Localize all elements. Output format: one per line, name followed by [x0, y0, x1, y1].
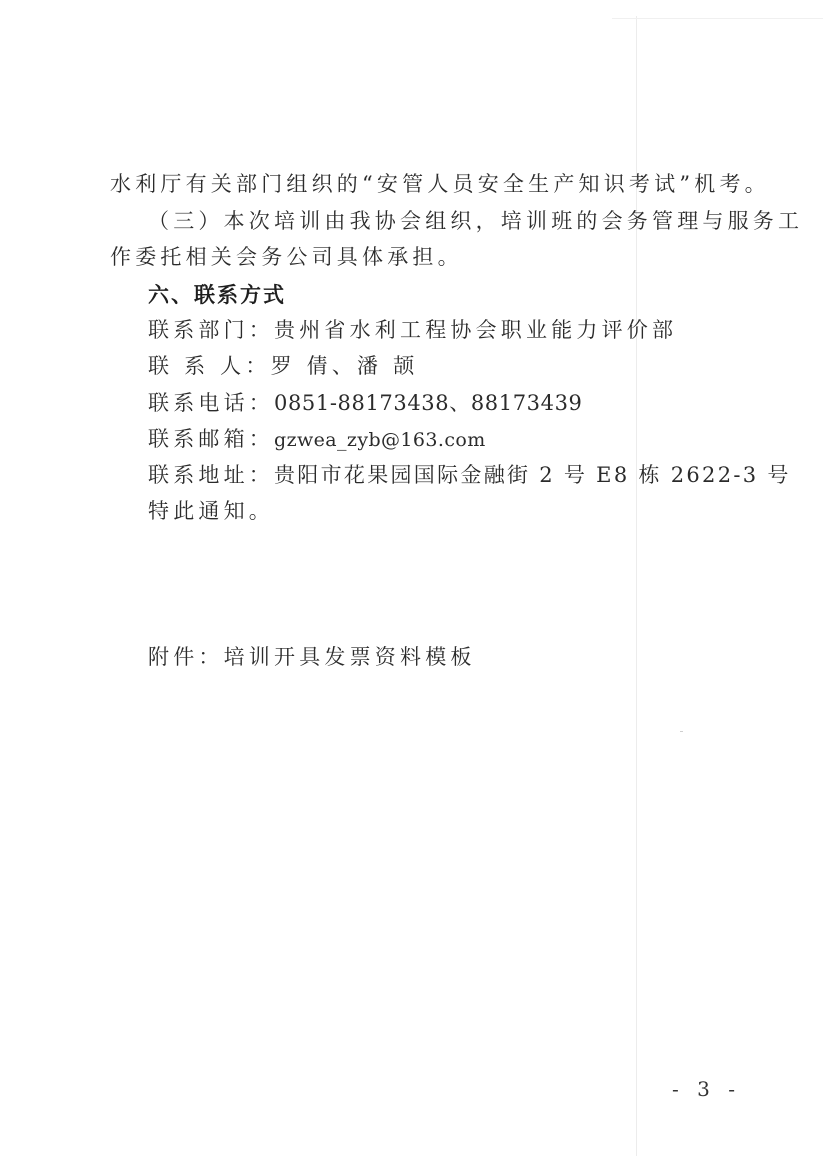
contact-person-label: 联 系 人：	[148, 354, 271, 378]
contact-person: 联 系 人：罗 倩、潘 颉	[148, 352, 418, 380]
attachment-line: 附件：培训开具发票资料模板	[148, 643, 476, 671]
scan-artifact-horizontal-line	[612, 18, 823, 19]
contact-phone: 联系电话：0851-88173438、88173439	[148, 389, 583, 417]
attachment-title: 培训开具发票资料模板	[224, 645, 476, 669]
contact-department-label: 联系部门：	[148, 318, 274, 342]
section-heading-contact: 六、联系方式	[148, 281, 286, 309]
contact-phone-label: 联系电话：	[148, 391, 274, 415]
contact-address: 联系地址：贵阳市花果园国际金融街 2 号 E8 栋 2622-3 号	[148, 461, 791, 489]
contact-department-value: 贵州省水利工程协会职业能力评价部	[274, 318, 677, 342]
attachment-label: 附件：	[148, 645, 224, 669]
document-page: 水利厅有关部门组织的“安管人员安全生产知识考试”机考。 （三）本次培训由我协会组…	[0, 0, 823, 1164]
contact-email-label: 联系邮箱：	[148, 427, 274, 451]
contact-person-value: 罗 倩、潘 颉	[271, 354, 419, 378]
contact-email: 联系邮箱：gzwea_zyb@163.com	[148, 425, 486, 454]
contact-email-value: gzwea_zyb@163.com	[274, 429, 486, 451]
page-number: - 3 -	[672, 1076, 741, 1102]
paragraph-item-3-line-1: （三）本次培训由我协会组织，培训班的会务管理与服务工	[148, 207, 803, 235]
paragraph-item-3-line-2: 作委托相关会务公司具体承担。	[110, 243, 463, 271]
scan-artifact-dot	[680, 731, 683, 732]
contact-department: 联系部门：贵州省水利工程协会职业能力评价部	[148, 316, 677, 344]
contact-address-value: 贵阳市花果园国际金融街 2 号 E8 栋 2622-3 号	[274, 463, 791, 487]
paragraph-continuation: 水利厅有关部门组织的“安管人员安全生产知识考试”机考。	[110, 170, 770, 198]
contact-phone-value: 0851-88173438、88173439	[274, 391, 583, 415]
closing-text: 特此通知。	[148, 497, 274, 525]
contact-address-label: 联系地址：	[148, 463, 274, 487]
